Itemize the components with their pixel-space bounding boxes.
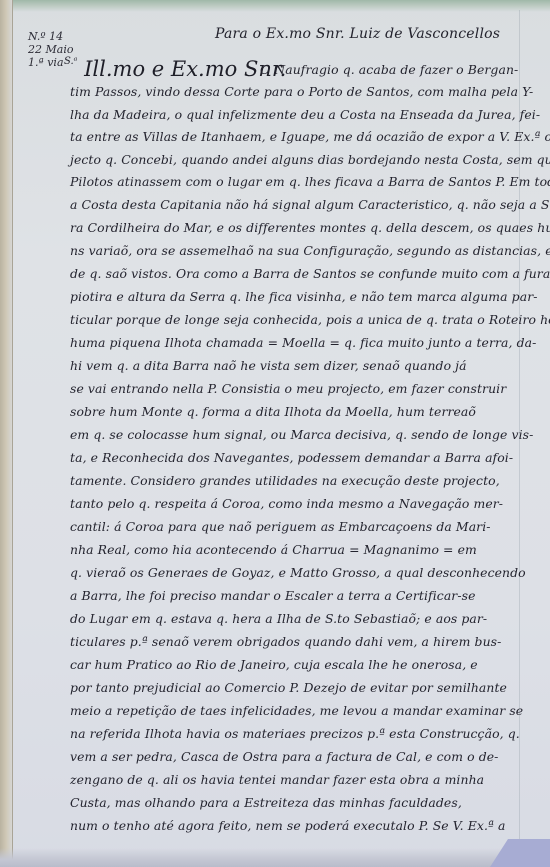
page-top-edge xyxy=(0,0,550,12)
text-line: ta entre as Villas de Itanhaem, e Iguape… xyxy=(70,129,550,144)
salutation: S.ᵃ Ill.mo e Ex.mo Snr. xyxy=(64,56,286,81)
page-corner-shadow xyxy=(490,839,550,867)
manuscript-page: N.º 14 22 Maio 1.ª via Para o Ex.mo Snr.… xyxy=(0,0,550,867)
text-line: ticular porque de longe seja conhecida, … xyxy=(70,312,550,327)
text-line: sobre hum Monte q. forma a dita Ilhota d… xyxy=(70,404,476,419)
book-spine-edge xyxy=(0,0,13,867)
text-line: na referida Ilhota havia os materiaes pr… xyxy=(70,726,520,741)
margin-note-date: 22 Maio xyxy=(28,43,88,56)
text-line: ra Cordilheira do Mar, e os differentes … xyxy=(70,220,550,235)
text-line: se vai entrando nella P. Consistia o meu… xyxy=(70,381,506,396)
text-line: lha da Madeira, o qual infelizmente deu … xyxy=(70,107,540,122)
text-line: do Lugar em q. estava q. hera a Ilha de … xyxy=(70,611,487,626)
text-line: num o tenho até agora feito, nem se pode… xyxy=(70,818,506,833)
text-line: O Naufragio q. acaba de fazer o Bergan- xyxy=(260,62,518,77)
text-line: ns variaõ, ora se assemelhaõ na sua Conf… xyxy=(70,243,550,258)
text-line: ticulares p.ª senaõ verem obrigados quan… xyxy=(70,634,501,649)
text-line: jecto q. Concebi, quando andei alguns di… xyxy=(70,152,550,167)
text-line: nha Real, como hia acontecendo á Charrua… xyxy=(70,542,477,557)
text-line: q. vieraõ os Generaes de Goyaz, e Matto … xyxy=(70,565,526,580)
text-line: hi vem q. a dita Barra naõ he vista sem … xyxy=(70,358,467,373)
text-line: huma piquena Ilhota chamada = Moella = q… xyxy=(70,335,536,350)
salutation-text: Ill.mo e Ex.mo Snr. xyxy=(84,57,286,81)
text-line: cantil: á Coroa para que naõ periguem as… xyxy=(70,519,491,534)
text-line: car hum Pratico ao Rio de Janeiro, cuja … xyxy=(70,657,478,672)
text-line: de q. saõ vistos. Ora como a Barra de Sa… xyxy=(70,266,550,281)
text-line: por tanto prejudicial ao Comercio P. Dez… xyxy=(70,680,507,695)
letter-heading: Para o Ex.mo Snr. Luiz de Vasconcellos xyxy=(215,26,500,42)
text-line: Custa, mas olhando para a Estreiteza das… xyxy=(70,795,462,810)
page-bottom-fold xyxy=(0,848,550,867)
text-line: vem a ser pedra, Casca de Ostra para a f… xyxy=(70,749,498,764)
text-line: piotira e altura da Serra q. lhe fica vi… xyxy=(70,289,538,304)
text-line: tim Passos, vindo dessa Corte para o Por… xyxy=(70,84,533,99)
text-line: zengano de q. ali os havia tentei mandar… xyxy=(70,772,484,787)
salutation-prefix: S.ᵃ xyxy=(64,56,77,67)
text-line: tanto pelo q. respeita á Coroa, como ind… xyxy=(70,496,503,511)
text-line: ta, e Reconhecida dos Navegantes, podess… xyxy=(70,450,513,465)
text-line: tamente. Considero grandes utilidades na… xyxy=(70,473,500,488)
text-line: a Barra, lhe foi preciso mandar o Escale… xyxy=(70,588,476,603)
text-line: em q. se colocasse hum signal, ou Marca … xyxy=(70,427,533,442)
text-line: meio a repetição de taes infelicidades, … xyxy=(70,703,523,718)
text-line: a Costa desta Capitania não há signal al… xyxy=(70,197,550,212)
margin-note-number: N.º 14 xyxy=(28,30,88,43)
text-line: Pilotos atinassem com o lugar em q. lhes… xyxy=(70,174,550,189)
